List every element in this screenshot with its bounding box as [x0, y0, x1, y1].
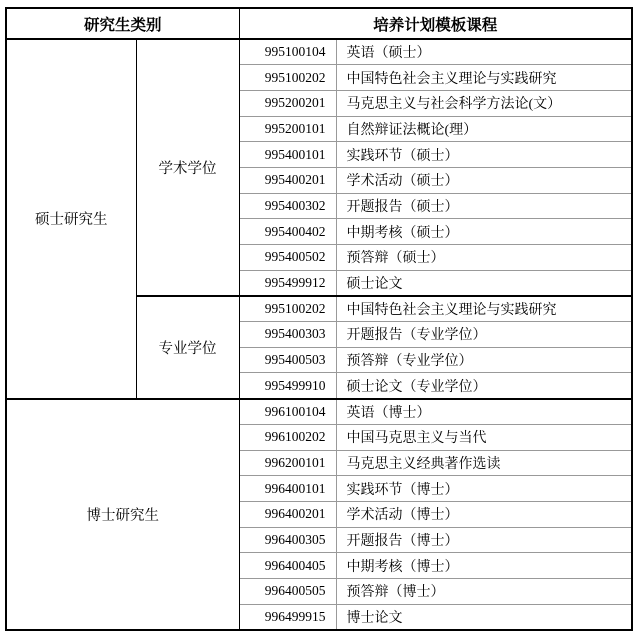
course-name-cell: 自然辩证法概论(理） — [336, 116, 632, 142]
course-row: 博士研究生 996100104 英语（博士） — [6, 399, 632, 425]
course-code-cell: 996400405 — [239, 553, 336, 579]
course-code-cell: 996499915 — [239, 604, 336, 630]
course-name-cell: 马克思主义经典著作选读 — [336, 450, 632, 476]
course-code-cell: 995100202 — [239, 65, 336, 91]
course-name-cell: 中期考核（硕士） — [336, 219, 632, 245]
course-name-cell: 英语（博士） — [336, 399, 632, 425]
header-cell-courses: 培养计划模板课程 — [239, 8, 632, 39]
course-code-cell: 995200201 — [239, 90, 336, 116]
course-code-cell: 995400303 — [239, 322, 336, 348]
course-code-cell: 996100104 — [239, 399, 336, 425]
category-cell-masters: 硕士研究生 — [6, 39, 136, 399]
course-name-cell: 学术活动（博士） — [336, 501, 632, 527]
course-name-cell: 马克思主义与社会科学方法论(文） — [336, 90, 632, 116]
course-name-cell: 学术活动（硕士） — [336, 167, 632, 193]
course-code-cell: 996200101 — [239, 450, 336, 476]
course-name-cell: 开题报告（硕士） — [336, 193, 632, 219]
category-cell-doctoral: 博士研究生 — [6, 399, 239, 630]
course-name-cell: 开题报告（专业学位） — [336, 322, 632, 348]
course-name-cell: 实践环节（硕士） — [336, 142, 632, 168]
course-name-cell: 硕士论文 — [336, 270, 632, 296]
course-name-cell: 开题报告（博士） — [336, 527, 632, 553]
course-code-cell: 996100202 — [239, 424, 336, 450]
course-code-cell: 996400505 — [239, 578, 336, 604]
course-code-cell: 995100104 — [239, 39, 336, 65]
course-name-cell: 中国马克思主义与当代 — [336, 424, 632, 450]
degree-cell-academic: 学术学位 — [136, 39, 239, 296]
course-name-cell: 预答辩（专业学位） — [336, 347, 632, 373]
course-code-cell: 995200101 — [239, 116, 336, 142]
course-row: 硕士研究生 学术学位 995100104 英语（硕士） — [6, 39, 632, 65]
course-code-cell: 995400502 — [239, 245, 336, 271]
course-name-cell: 实践环节（博士） — [336, 476, 632, 502]
course-code-cell: 995400402 — [239, 219, 336, 245]
course-name-cell: 中国特色社会主义理论与实践研究 — [336, 296, 632, 322]
course-code-cell: 996400305 — [239, 527, 336, 553]
course-name-cell: 中期考核（博士） — [336, 553, 632, 579]
header-cell-category: 研究生类别 — [6, 8, 239, 39]
degree-cell-professional: 专业学位 — [136, 296, 239, 399]
training-plan-sheet: 研究生类别 培养计划模板课程 硕士研究生 学术学位 995100104 英语（硕… — [0, 0, 636, 631]
course-code-cell: 996400201 — [239, 501, 336, 527]
course-code-cell: 995400302 — [239, 193, 336, 219]
course-name-cell: 预答辩（博士） — [336, 578, 632, 604]
course-code-cell: 996400101 — [239, 476, 336, 502]
course-code-cell: 995499910 — [239, 373, 336, 399]
course-code-cell: 995499912 — [239, 270, 336, 296]
training-plan-table: 研究生类别 培养计划模板课程 硕士研究生 学术学位 995100104 英语（硕… — [5, 7, 633, 631]
course-code-cell: 995400101 — [239, 142, 336, 168]
course-name-cell: 中国特色社会主义理论与实践研究 — [336, 65, 632, 91]
header-row: 研究生类别 培养计划模板课程 — [6, 8, 632, 39]
course-name-cell: 预答辩（硕士） — [336, 245, 632, 271]
course-name-cell: 博士论文 — [336, 604, 632, 630]
course-code-cell: 995400201 — [239, 167, 336, 193]
course-code-cell: 995400503 — [239, 347, 336, 373]
course-name-cell: 英语（硕士） — [336, 39, 632, 65]
course-code-cell: 995100202 — [239, 296, 336, 322]
course-name-cell: 硕士论文（专业学位） — [336, 373, 632, 399]
